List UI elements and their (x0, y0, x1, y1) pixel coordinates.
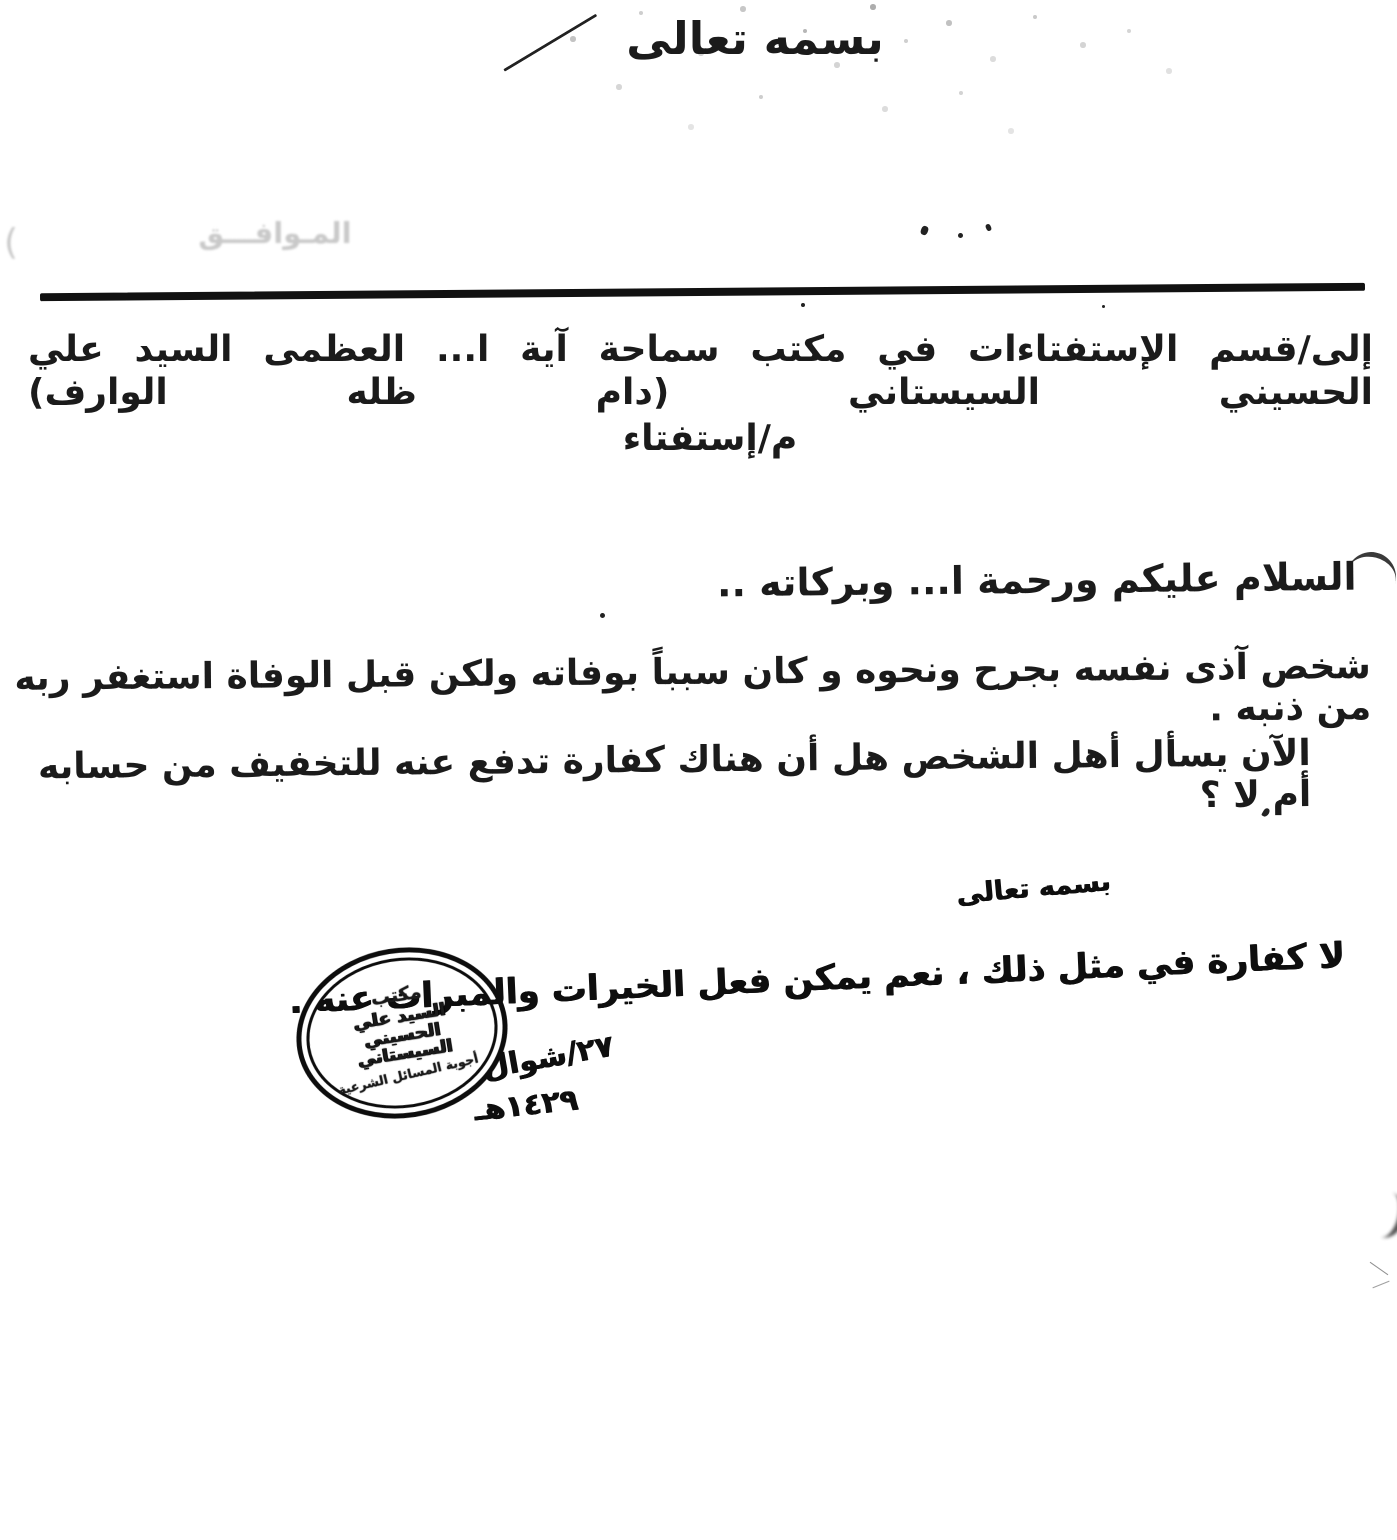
pen-slash-mark (503, 14, 597, 72)
scan-noise-speckles (0, 0, 2, 2)
ink-speck (958, 233, 963, 238)
ghost-letterhead-text: المـوافـــق (175, 216, 375, 250)
subject-line: م/إستفتاء (540, 418, 880, 459)
answer-besmala-handwritten: بسمه تعالى (955, 866, 1112, 910)
ink-speck (1102, 305, 1105, 308)
scan-scratch-mark (1372, 1281, 1389, 1289)
ink-speck (801, 303, 805, 307)
question-line-1: شخص آذى نفسه بجرح ونحوه و كان سبباً بوفا… (0, 646, 1371, 740)
scanned-letter-page: بسمه تعالى المـوافـــق ( إلى/قسم الإستفت… (0, 0, 1397, 1540)
ink-speck (600, 613, 605, 618)
answer-date-year: ١٤٢٩هـ (472, 1083, 579, 1129)
ghost-bracket-mark: ( (4, 222, 18, 263)
question-line-2: الآن يسأل أهل الشخص هل أن هناك كفارة تدف… (0, 733, 1311, 829)
addressee-line: إلى/قسم الإستفتاءات في مكتب سماحة آية ا.… (28, 328, 1373, 414)
salutation-line: السلام عليكم ورحمة ا... وبركاته .. (717, 555, 1357, 606)
scan-scratch-mark (1370, 1262, 1389, 1275)
ink-speck (985, 223, 992, 231)
ink-speck (920, 225, 930, 236)
scan-arc-artifact (1363, 1188, 1397, 1242)
header-divider-rule (40, 283, 1365, 301)
besmala-header: بسمه تعالى (585, 12, 925, 65)
